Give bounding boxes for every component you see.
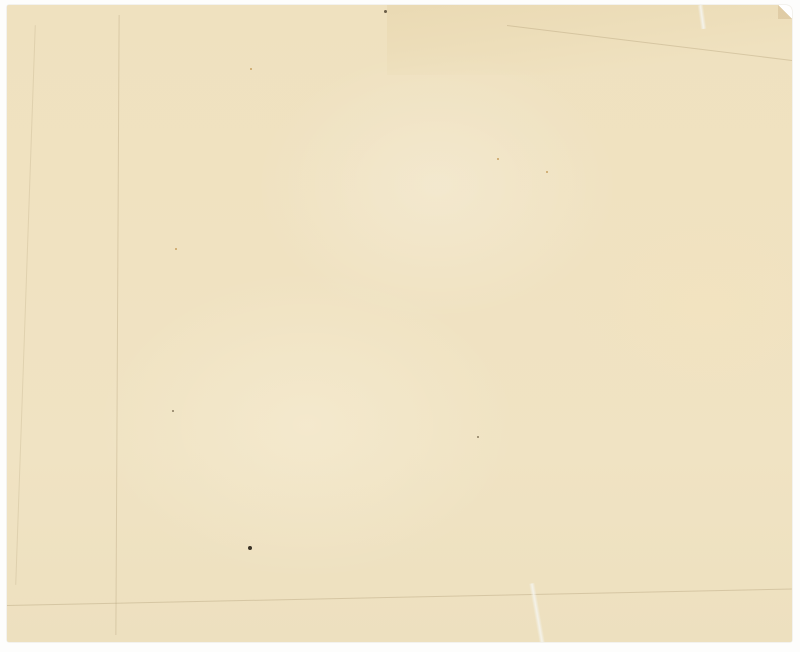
paper-sheet bbox=[7, 5, 792, 642]
paper-speck bbox=[546, 171, 548, 173]
vertical-crease bbox=[115, 15, 119, 635]
top-fold-band bbox=[387, 5, 792, 75]
paper-speck bbox=[175, 248, 177, 250]
paper-speck bbox=[172, 410, 174, 412]
paper-speck bbox=[248, 546, 252, 550]
corner-fold bbox=[778, 5, 792, 19]
scan-background bbox=[0, 0, 800, 652]
paper-speck bbox=[384, 10, 387, 13]
paper-speck bbox=[497, 158, 499, 160]
paper-speck bbox=[477, 436, 479, 438]
paper-speck bbox=[250, 68, 252, 70]
bottom-crease bbox=[7, 589, 792, 606]
left-edge-crease bbox=[15, 25, 36, 585]
bottom-tear-mark bbox=[529, 583, 545, 642]
